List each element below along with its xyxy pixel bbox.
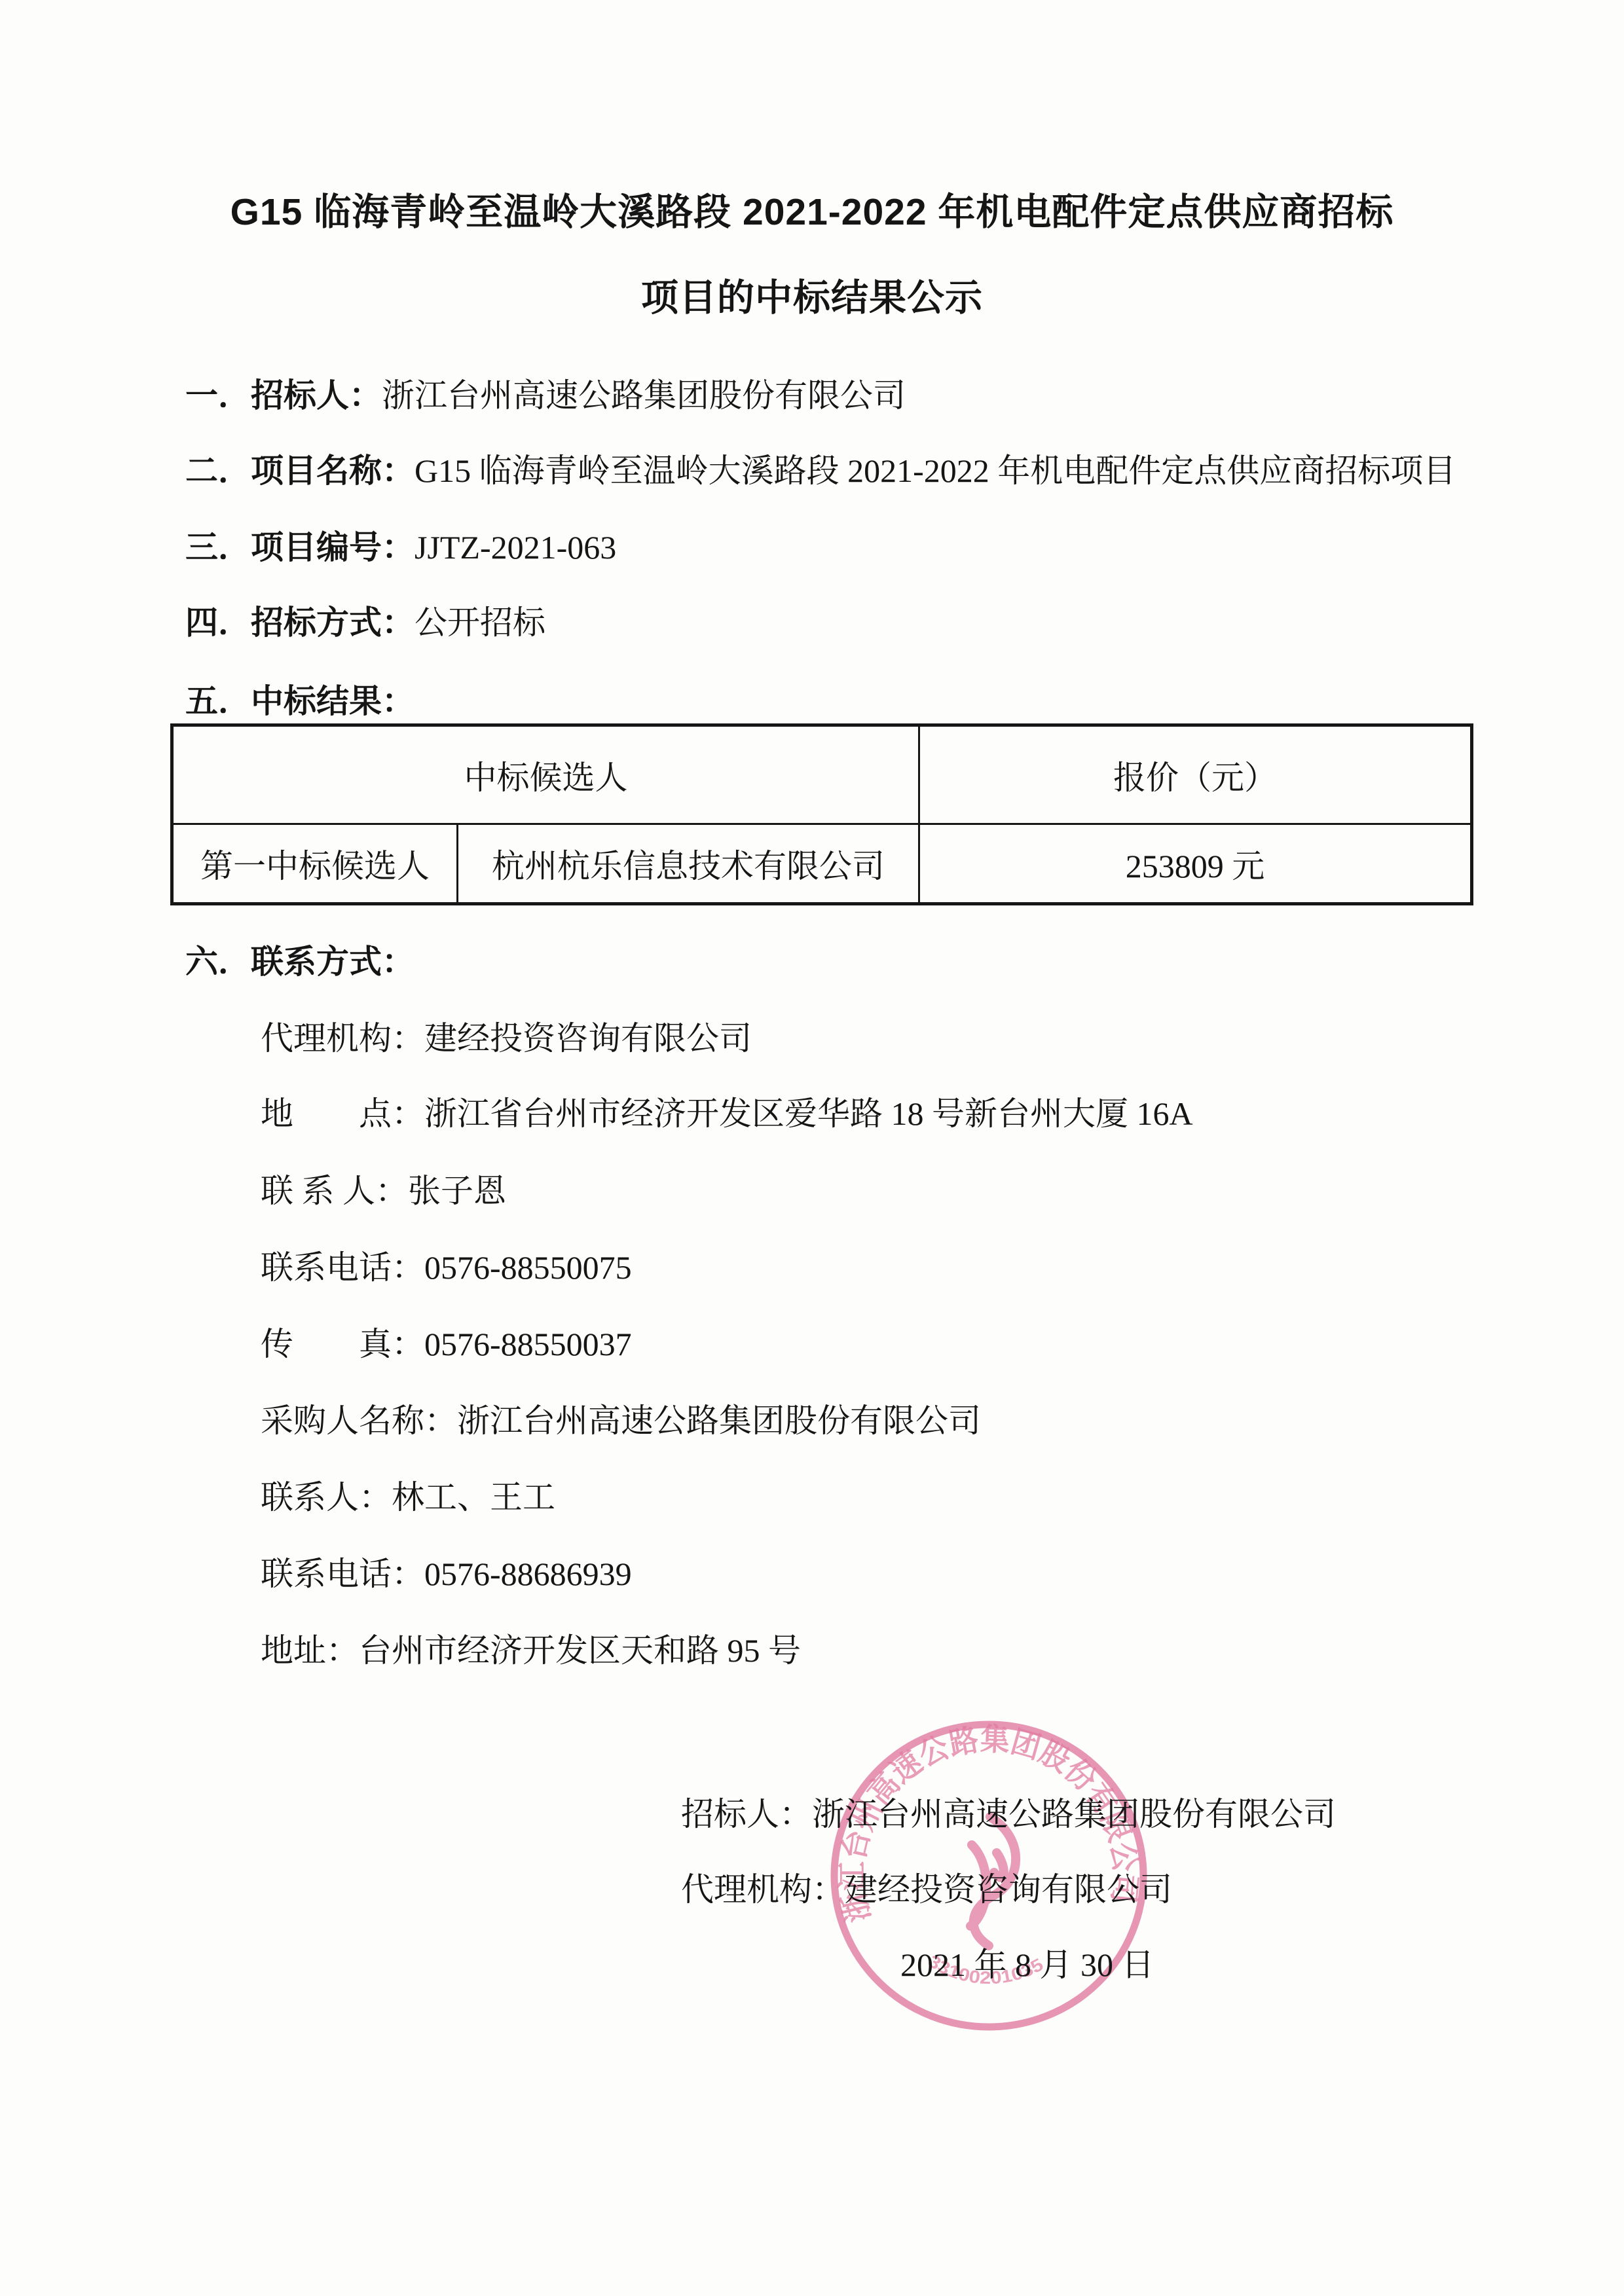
header-candidate: 中标候选人	[174, 727, 920, 823]
item-award-result-label: 五．中标结果：	[185, 683, 415, 720]
table-header-row: 中标候选人 报价（元）	[174, 727, 1470, 823]
cell-bid-price: 253809 元	[920, 825, 1470, 902]
scanned-document-page: 浙江台州高速公路集团股份有限公司 33100201035 G15 临海青岭至温岭…	[0, 0, 1624, 2296]
contact-location: 地 点：浙江省台州市经济开发区爱华路 18 号新台州大厦 16A	[261, 1093, 1193, 1134]
item-project-number-value: JJTZ-2021-063	[415, 529, 616, 566]
purchaser-address: 地址：台州市经济开发区天和路 95 号	[261, 1630, 801, 1671]
signature-agency: 代理机构：建经投资咨询有限公司	[681, 1869, 1172, 1910]
item-project-name-label: 二．项目名称：	[185, 452, 415, 489]
item-tenderer: 一．招标人：浙江台州高速公路集团股份有限公司	[185, 375, 906, 416]
item-tenderer-value: 浙江台州高速公路集团股份有限公司	[382, 377, 906, 414]
signature-date: 2021 年 8 月 30 日	[900, 1944, 1154, 1985]
contact-agency: 代理机构：建经投资咨询有限公司	[261, 1018, 752, 1059]
signature-tenderer: 招标人：浙江台州高速公路集团股份有限公司	[681, 1794, 1336, 1834]
item-tenderer-label: 一．招标人：	[185, 377, 382, 414]
item-contact-info: 六．联系方式：	[185, 941, 415, 982]
purchaser-contact-person: 联系人：林工、王工	[261, 1477, 555, 1518]
item-tender-method: 四．招标方式：公开招标	[185, 602, 545, 643]
purchaser-name: 采购人名称：浙江台州高速公路集团股份有限公司	[261, 1400, 981, 1441]
item-project-number: 三．项目编号：JJTZ-2021-063	[185, 527, 616, 568]
award-result-table: 中标候选人 报价（元） 第一中标候选人 杭州杭乐信息技术有限公司 253809 …	[170, 723, 1473, 905]
document-title-line1: G15 临海青岭至温岭大溪路段 2021-2022 年机电配件定点供应商招标	[0, 192, 1624, 232]
header-price: 报价（元）	[920, 727, 1470, 823]
item-tender-method-value: 公开招标	[415, 604, 545, 641]
contact-fax: 传 真：0576-88550037	[261, 1324, 632, 1364]
item-project-number-label: 三．项目编号：	[185, 529, 415, 566]
purchaser-phone: 联系电话：0576-88686939	[261, 1554, 632, 1594]
item-award-result: 五．中标结果：	[185, 681, 415, 721]
item-project-name: 二．项目名称：G15 临海青岭至温岭大溪路段 2021-2022 年机电配件定点…	[185, 450, 1456, 491]
contact-phone: 联系电话：0576-88550075	[261, 1247, 632, 1288]
item-contact-info-label: 六．联系方式：	[185, 943, 415, 980]
item-project-name-value: G15 临海青岭至温岭大溪路段 2021-2022 年机电配件定点供应商招标项目	[415, 452, 1456, 489]
item-tender-method-label: 四．招标方式：	[185, 604, 415, 641]
document-title-line2: 项目的中标结果公示	[0, 278, 1624, 318]
table-data-row: 第一中标候选人 杭州杭乐信息技术有限公司 253809 元	[174, 823, 1470, 902]
cell-company-name: 杭州杭乐信息技术有限公司	[458, 825, 920, 902]
cell-candidate-rank: 第一中标候选人	[174, 825, 458, 902]
contact-person: 联 系 人：张子恩	[261, 1171, 506, 1211]
